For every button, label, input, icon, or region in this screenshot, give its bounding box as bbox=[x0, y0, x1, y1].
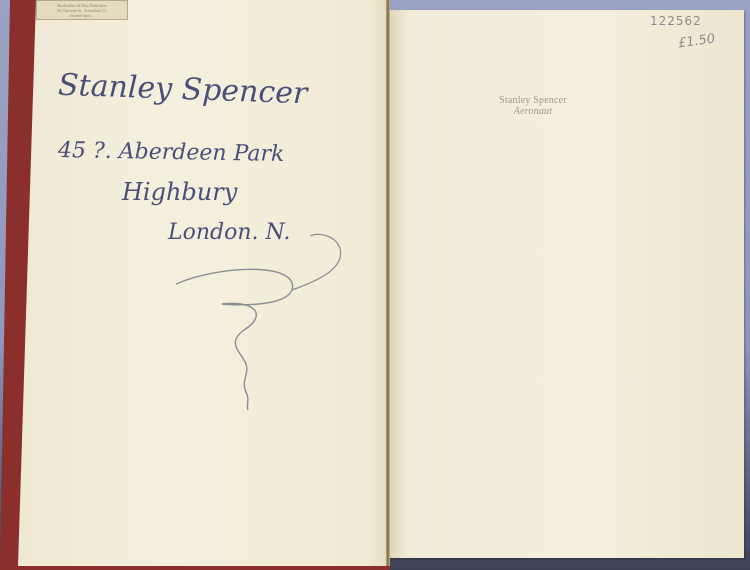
stamp-title: Aeronaut bbox=[478, 106, 588, 117]
stamp-name: Stanley Spencer bbox=[478, 95, 588, 106]
pen-flourish-icon bbox=[0, 0, 750, 570]
pencil-catalog-number: 122562 bbox=[650, 14, 702, 28]
owner-stamp: Stanley Spencer Aeronaut bbox=[478, 95, 588, 117]
